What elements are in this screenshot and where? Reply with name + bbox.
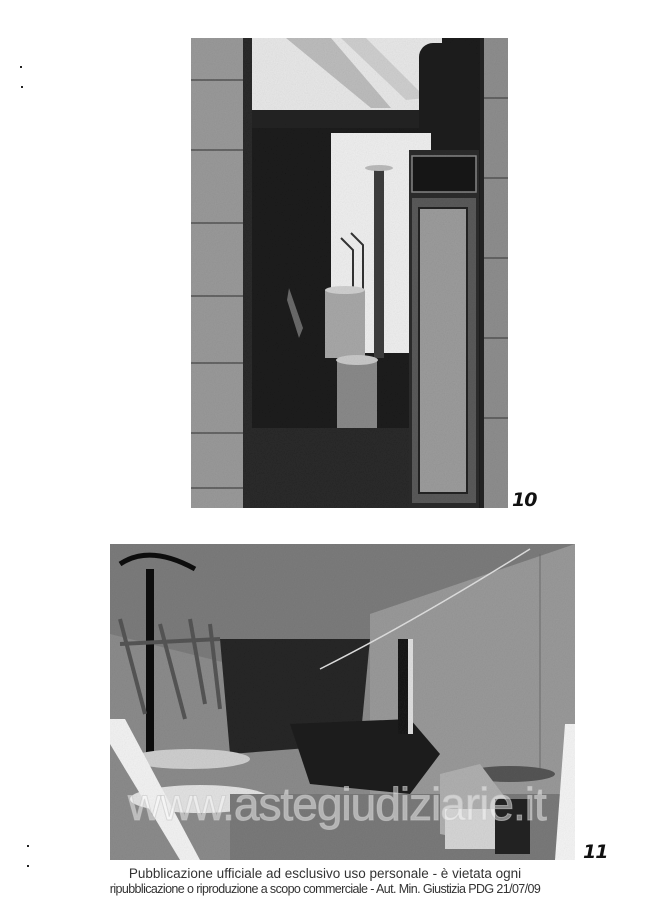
photo-number: 10 [512, 489, 536, 511]
photo-number: 11 [583, 841, 607, 863]
footer-line-1: Pubblicazione ufficiale ad esclusivo uso… [0, 866, 650, 881]
margin-mark [20, 66, 22, 68]
watermark: www.astegiudiziarie.it [128, 777, 546, 831]
margin-mark [21, 86, 23, 88]
photo-10-image [191, 38, 508, 508]
footer-line-2: ripubblicazione o riproduzione a scopo c… [0, 882, 650, 896]
margin-mark [27, 845, 29, 847]
photo-10 [191, 38, 508, 508]
